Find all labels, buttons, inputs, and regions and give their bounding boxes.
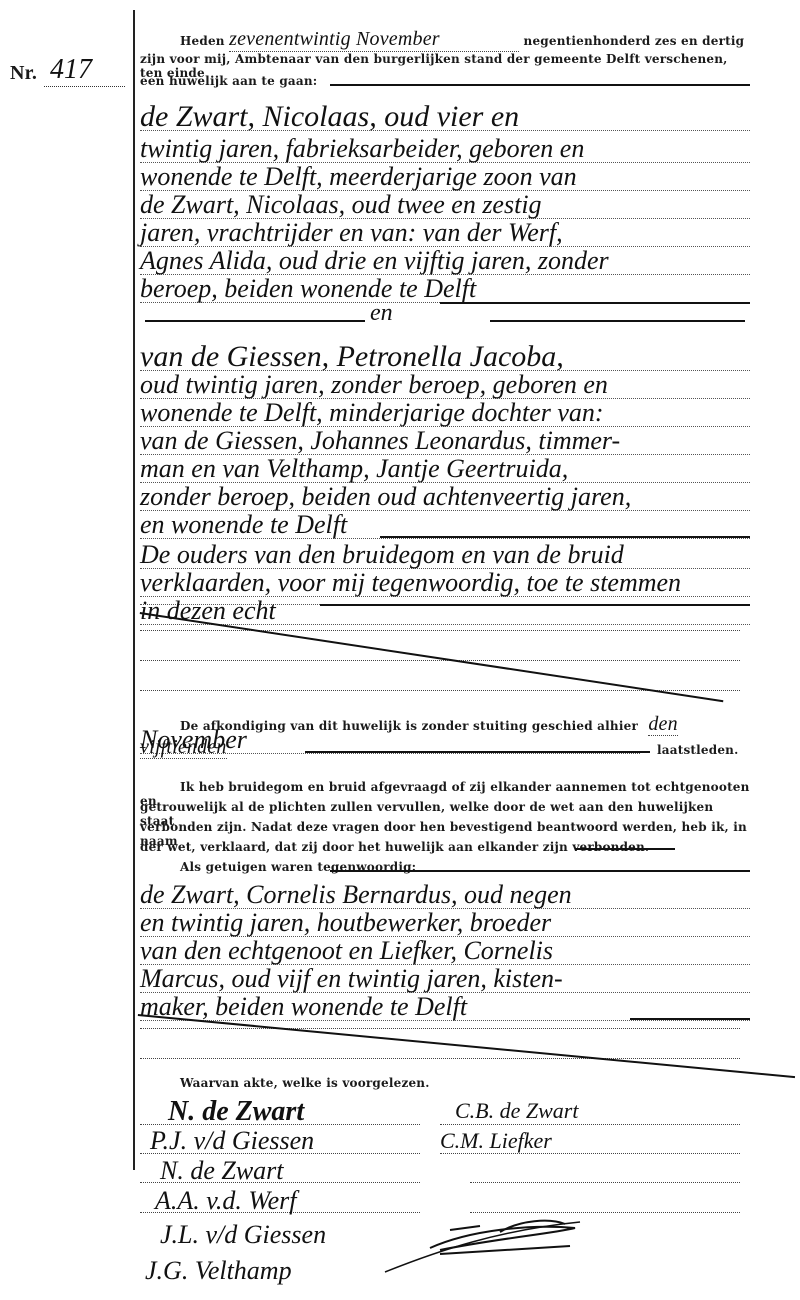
fill-rule bbox=[330, 870, 750, 872]
signature-bride-mother: J.G. Velthamp bbox=[145, 1256, 292, 1286]
groom-line: wonende te Delft, meerderjarige zoon van bbox=[140, 166, 750, 191]
bride-text: van de Giessen, Johannes Leonardus, timm… bbox=[140, 428, 620, 454]
proclamation-month-line: November bbox=[140, 725, 640, 754]
blank-line bbox=[140, 630, 740, 631]
connector-en: en bbox=[370, 300, 393, 327]
groom-text: de Zwart, Nicolaas, oud twee en zestig bbox=[140, 192, 542, 218]
signature-groom: N. de Zwart bbox=[168, 1096, 304, 1128]
groom-line: de Zwart, Nicolaas, oud twee en zestig bbox=[140, 194, 750, 219]
groom-line: Agnes Alida, oud drie en vijftig jaren, … bbox=[140, 250, 750, 275]
signature-bride-father: J.L. v/d Giessen bbox=[160, 1220, 326, 1250]
bride-line: van de Giessen, Petronella Jacoba, bbox=[140, 330, 750, 371]
witness-text: de Zwart, Cornelis Bernardus, oud negen bbox=[140, 882, 572, 908]
groom-line: twintig jaren, fabrieksarbeider, geboren… bbox=[140, 138, 750, 163]
groom-text: jaren, vrachtrijder en van: van der Werf… bbox=[140, 220, 563, 246]
signature-witness-1: C.B. de Zwart bbox=[455, 1098, 578, 1124]
signature-line bbox=[470, 1182, 740, 1183]
blank-line bbox=[140, 1028, 740, 1029]
fill-rule bbox=[440, 302, 750, 304]
bride-line: oud twintig jaren, zonder beroep, gebore… bbox=[140, 374, 750, 399]
signature-witness-2: C.M. Liefker bbox=[440, 1128, 552, 1154]
blank-line bbox=[140, 660, 740, 661]
bride-line: man en van Velthamp, Jantje Geertruida, bbox=[140, 458, 750, 483]
fill-rule bbox=[305, 751, 650, 753]
bride-text: oud twintig jaren, zonder beroep, gebore… bbox=[140, 372, 608, 398]
groom-text: beroep, beiden wonende te Delft bbox=[140, 276, 476, 302]
bride-line: van de Giessen, Johannes Leonardus, timm… bbox=[140, 430, 750, 455]
blank-line bbox=[140, 1058, 740, 1059]
marriage-certificate-page: Nr. 417 Heden zevenentwintig November ne… bbox=[0, 0, 800, 1300]
consent-text: in dezen echt bbox=[140, 598, 276, 624]
witness-text: en twintig jaren, houtbewerker, broeder bbox=[140, 910, 551, 936]
signature-line bbox=[440, 1124, 740, 1125]
fill-rule bbox=[575, 848, 675, 850]
proclamation-month: November bbox=[140, 727, 247, 753]
bride-text: wonende te Delft, minderjarige dochter v… bbox=[140, 400, 604, 426]
witness-line: en twintig jaren, houtbewerker, broeder bbox=[140, 912, 750, 937]
consent-line: De ouders van den bruidegom en van de br… bbox=[140, 544, 750, 569]
groom-text: Agnes Alida, oud drie en vijftig jaren, … bbox=[140, 248, 609, 274]
witness-line: de Zwart, Cornelis Bernardus, oud negen bbox=[140, 878, 750, 909]
fill-rule bbox=[380, 536, 750, 538]
strike-line bbox=[140, 612, 724, 702]
bride-text: van de Giessen, Petronella Jacoba, bbox=[140, 344, 564, 370]
fill-rule bbox=[320, 604, 750, 606]
groom-line: de Zwart, Nicolaas, oud vier en bbox=[140, 96, 750, 131]
consent-text: De ouders van den bruidegom en van de br… bbox=[140, 542, 624, 568]
witness-text: maker, beiden wonende te Delft bbox=[140, 994, 467, 1020]
bride-line: zonder beroep, beiden oud achtenveertig … bbox=[140, 486, 750, 511]
record-number-value: 417 bbox=[44, 54, 125, 87]
fill-rule bbox=[630, 1018, 750, 1020]
read-aloud-text: Waarvan akte, welke is voorgelezen. bbox=[180, 1076, 430, 1090]
groom-text: wonende te Delft, meerderjarige zoon van bbox=[140, 164, 577, 190]
bride-line: wonende te Delft, minderjarige dochter v… bbox=[140, 402, 750, 427]
fill-rule bbox=[145, 320, 365, 322]
margin-rule bbox=[133, 10, 135, 1170]
intro-line-1: Heden zevenentwintig November negentienh… bbox=[140, 28, 750, 52]
witness-line: van den echtgenoot en Liefker, Cornelis bbox=[140, 940, 750, 965]
fill-rule bbox=[330, 84, 750, 86]
year-text: negentienhonderd zes en dertig bbox=[524, 34, 745, 48]
witness-text: van den echtgenoot en Liefker, Cornelis bbox=[140, 938, 553, 964]
signature-bride: P.J. v/d Giessen bbox=[150, 1126, 314, 1156]
strike-line bbox=[138, 1014, 795, 1078]
witness-text: Marcus, oud vijf en twintig jaren, kiste… bbox=[140, 966, 563, 992]
groom-text: twintig jaren, fabrieksarbeider, geboren… bbox=[140, 136, 584, 162]
date-handwritten: zevenentwintig November bbox=[229, 28, 519, 52]
groom-text: de Zwart, Nicolaas, oud vier en bbox=[140, 104, 519, 130]
bride-text: zonder beroep, beiden oud achtenveertig … bbox=[140, 484, 631, 510]
signature-groom-mother: A.A. v.d. Werf bbox=[155, 1186, 297, 1216]
witness-line: Marcus, oud vijf en twintig jaren, kiste… bbox=[140, 968, 750, 993]
laatstleden-text: laatstleden. bbox=[657, 743, 738, 757]
declaration-line: der wet, verklaard, dat zij door het huw… bbox=[140, 840, 750, 854]
groom-line: beroep, beiden wonende te Delft bbox=[140, 278, 750, 303]
groom-line: jaren, vrachtrijder en van: van der Werf… bbox=[140, 222, 750, 247]
official-signature-flourish bbox=[380, 1210, 600, 1280]
bride-text: en wonende te Delft bbox=[140, 512, 347, 538]
signature-groom-father: N. de Zwart bbox=[160, 1156, 284, 1186]
bride-text: man en van Velthamp, Jantje Geertruida, bbox=[140, 456, 568, 482]
fill-rule bbox=[490, 320, 745, 322]
record-number-label: Nr. bbox=[10, 62, 37, 85]
heden-label: Heden bbox=[180, 34, 225, 48]
